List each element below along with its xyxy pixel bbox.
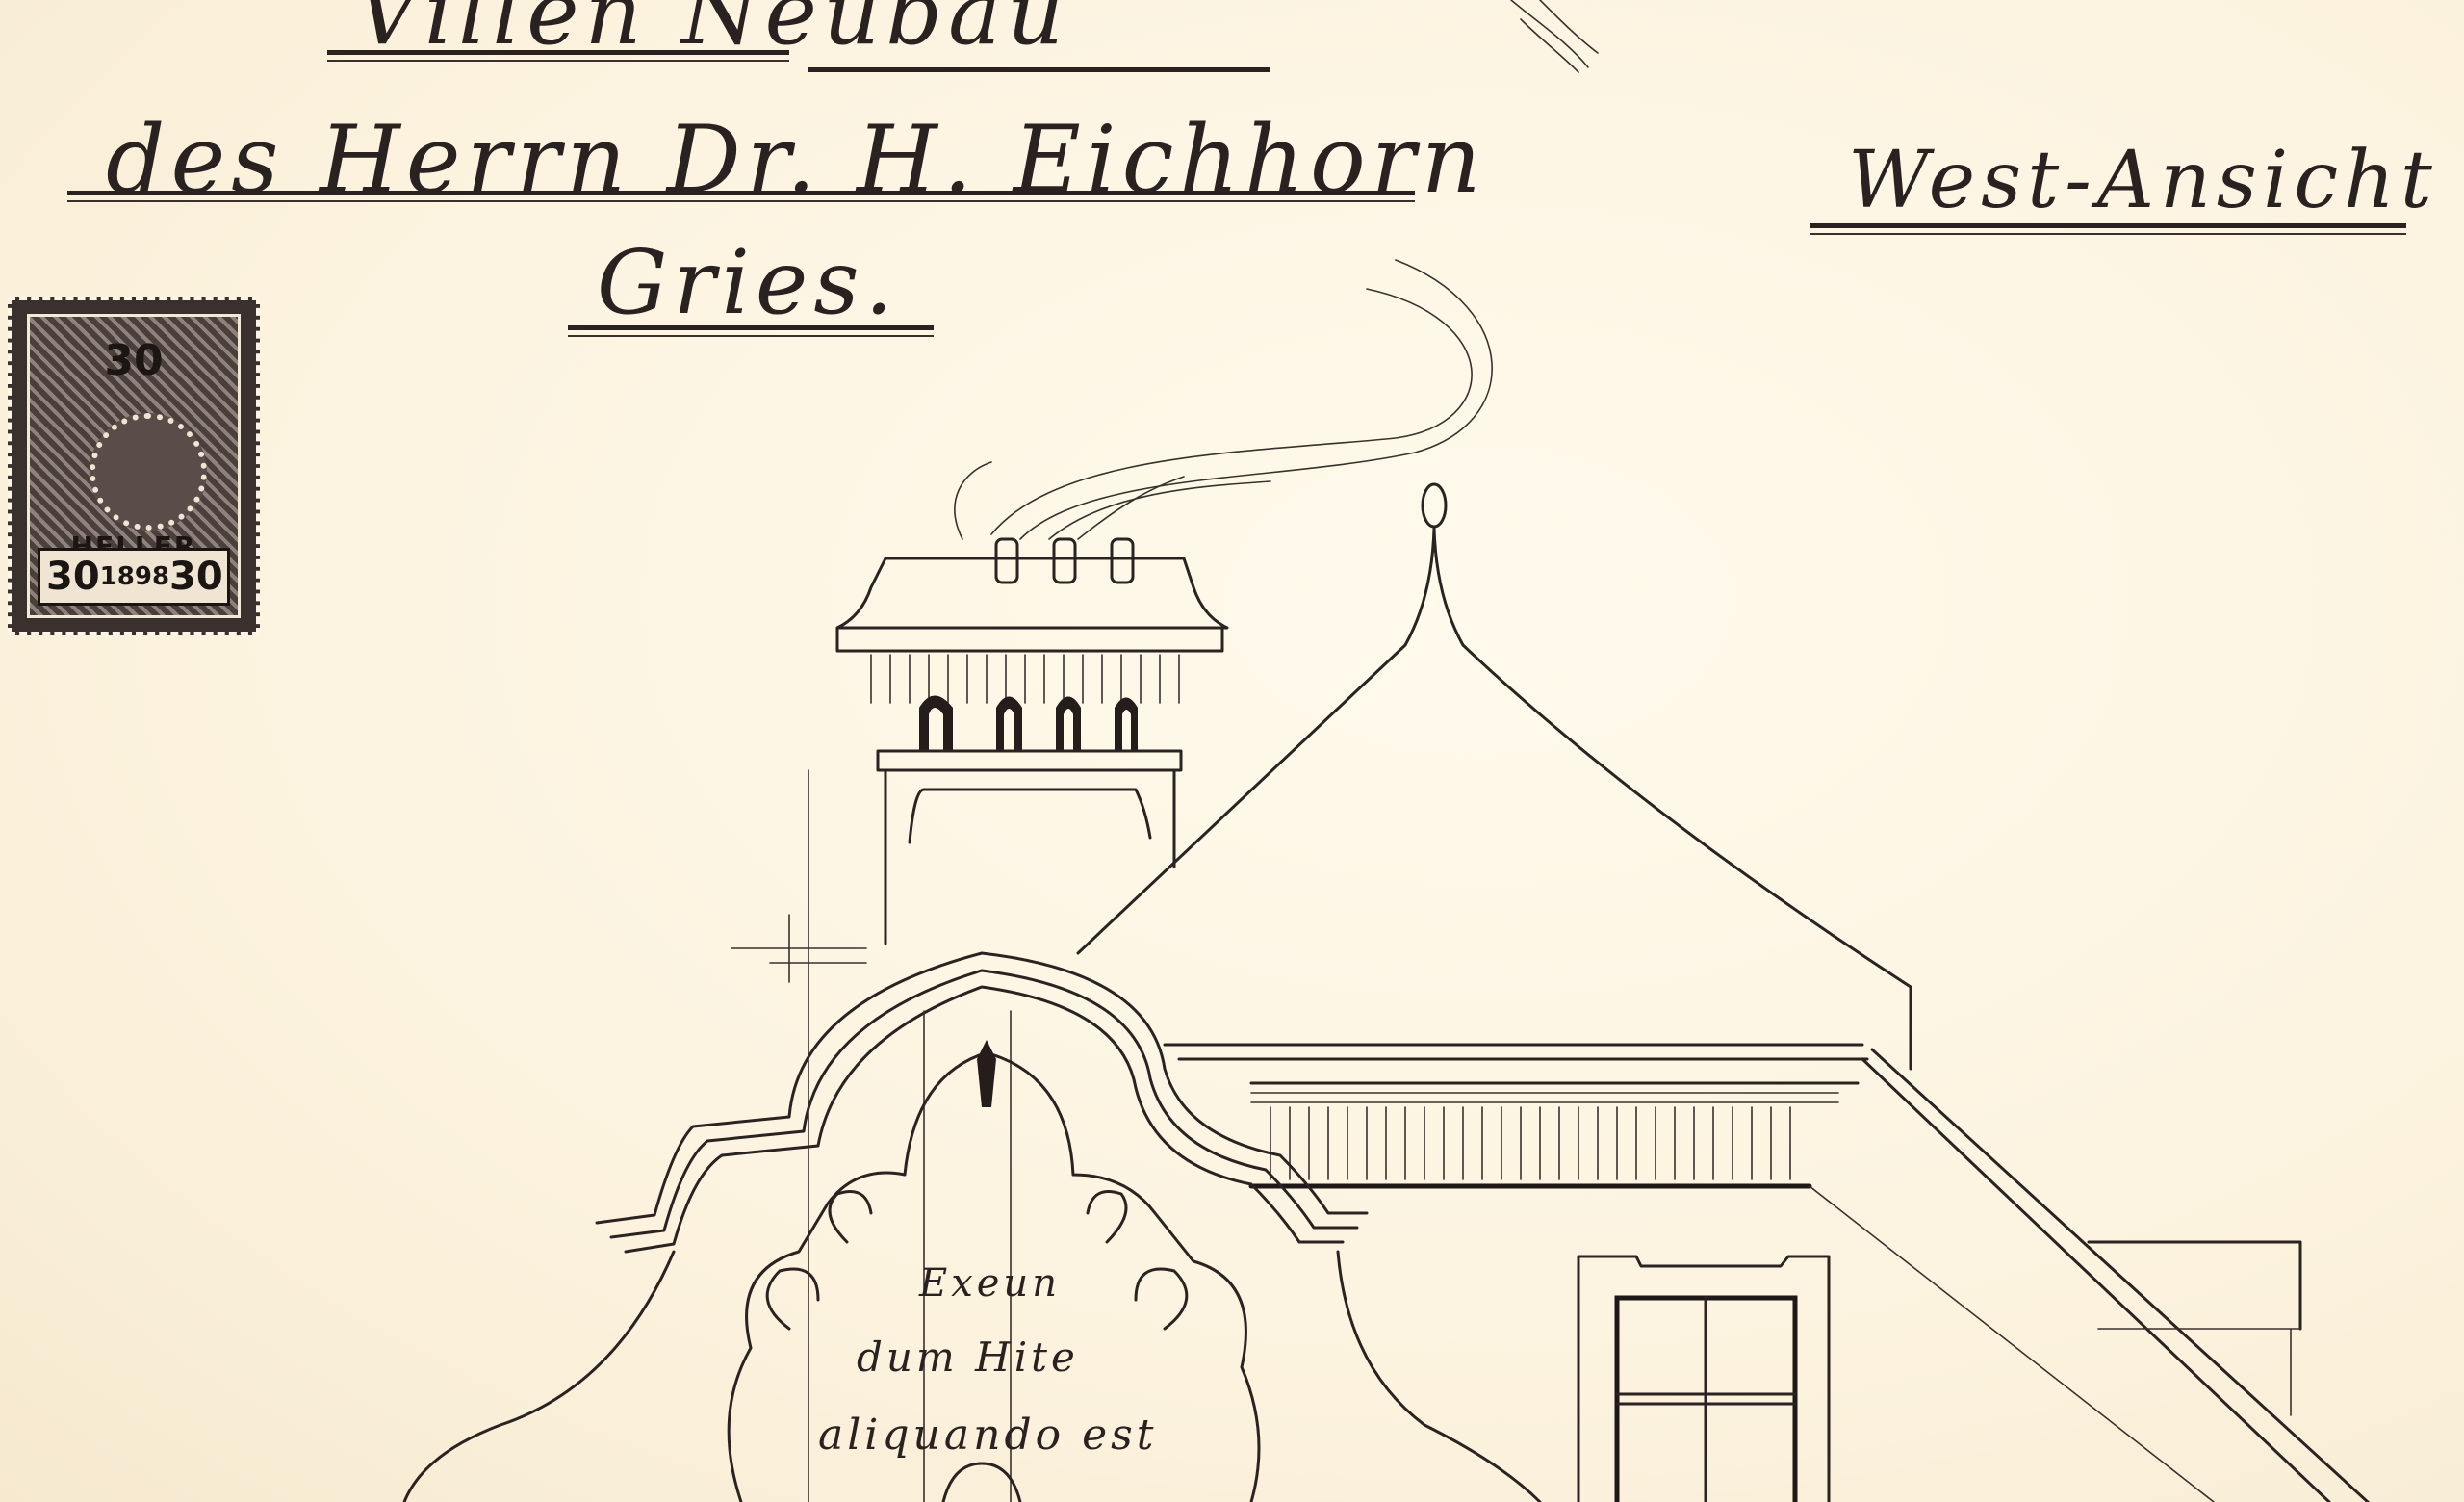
smoke-icon: [955, 0, 1598, 539]
stamp-value-right: 30: [169, 555, 223, 599]
title-underline-2b: [67, 200, 1415, 202]
title-underline-1b: [327, 60, 789, 62]
motto-line-3: aliquando est: [818, 1411, 1157, 1460]
title-underline-2: [67, 191, 1415, 195]
revenue-stamp: 30 HELLER 30 1898 30: [8, 297, 260, 635]
motto-line-1: Exeun: [919, 1261, 1061, 1306]
stamp-portrait-icon: [90, 413, 207, 531]
title-underline-1: [327, 50, 789, 55]
stamp-value-top: 30: [30, 336, 238, 385]
view-label: West-Ansicht: [1848, 135, 2438, 226]
title-underline-3: [568, 325, 934, 330]
title-underline-3b: [568, 335, 934, 337]
stamp-pattern: 30 HELLER 30 1898 30: [27, 314, 241, 618]
drawing-sheet: Villen Neubau des Herrn Dr. H. Eichhorn …: [0, 0, 2464, 1502]
title-underline-1c: [808, 67, 1270, 72]
stamp-year: 1898: [100, 562, 169, 591]
view-label-underline-b: [1809, 233, 2406, 235]
stamp-value-left: 30: [46, 555, 100, 599]
chimney: [837, 539, 1227, 944]
window[interactable]: [1578, 1256, 1829, 1502]
view-label-underline: [1809, 223, 2406, 228]
side-roof: [2089, 1242, 2300, 1415]
stamp-value-band: 30 1898 30: [38, 548, 230, 606]
title-line-3: Gries.: [597, 231, 899, 334]
title-line-2: des Herrn Dr. H. Eichhorn: [106, 106, 1487, 214]
motto-line-2: dum Hite: [857, 1334, 1079, 1381]
gable: [404, 770, 1540, 1502]
roof: [1078, 484, 2368, 1502]
